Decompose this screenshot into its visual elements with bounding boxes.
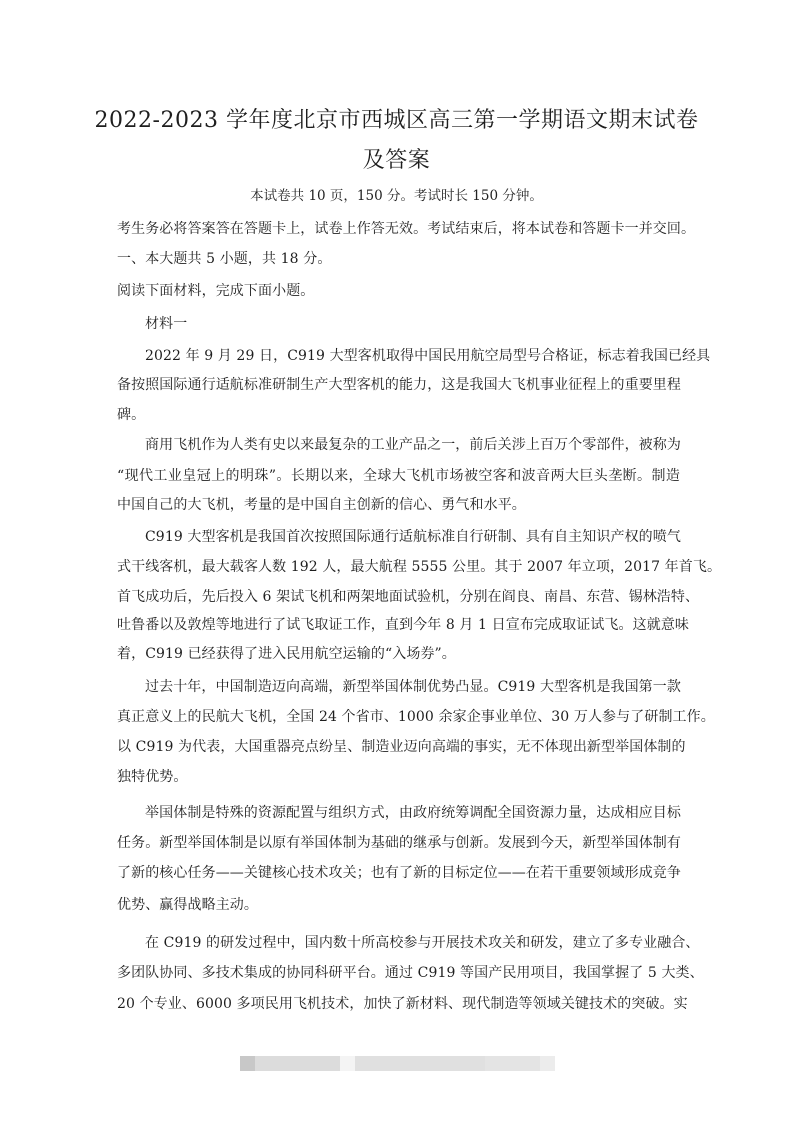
blurred-footer-watermark — [240, 1056, 555, 1071]
reading-prompt: 阅读下面材料，完成下面小题。 — [117, 280, 687, 300]
paragraph-line: 了新的核心任务——关键核心技术攻关；也有了新的目标定位——在若干重要领域形成竞争 — [117, 862, 680, 882]
paragraph-line: 2022 年 9 月 29 日，C919 大型客机取得中国民用航空局型号合格证，… — [145, 345, 681, 365]
instructions: 考生务必将答案答在答题卡上，试卷上作答无效。考试结束后，将本试卷和答题卡一并交回… — [117, 218, 680, 238]
exam-info: 本试卷共 10 页，150 分。考试时长 150 分钟。 — [0, 184, 793, 204]
paragraph-line: C919 大型客机是我国首次按照国际通行适航标准自行研制、具有自主知识产权的喷气 — [145, 526, 681, 546]
paragraph-line: 真正意义上的民航大飞机，全国 24 个省市、1000 余家企事业单位、30 万人… — [117, 706, 680, 726]
paragraph-line: 优势、赢得战略主动。 — [117, 894, 687, 914]
paragraph-line: 20 个专业、6000 多项民用飞机技术，加快了新材料、现代制造等领域关键技术的… — [117, 993, 680, 1013]
document-title-line2: 及答案 — [0, 143, 793, 174]
paragraph-line: 过去十年，中国制造迈向高端，新型举国体制优势凸显。C919 大型客机是我国第一款 — [145, 676, 681, 696]
document-title-line1: 2022-2023 学年度北京市西城区高三第一学期语文期末试卷 — [0, 103, 793, 134]
material-label: 材料一 — [145, 313, 715, 333]
paragraph-line: 商用飞机作为人类有史以来最复杂的工业产品之一，前后关涉上百万个零部件，被称为 — [145, 434, 681, 454]
paragraph-line: 吐鲁番以及敦煌等地进行了试飞取证工作，直到今年 8 月 1 日宣布完成取证试飞。… — [117, 614, 680, 634]
paragraph-line: 首飞成功后，先后投入 6 架试飞机和两架地面试验机，分别在阎良、南昌、东营、锡林… — [117, 586, 680, 606]
paragraph-line: “现代工业皇冠上的明珠”。长期以来，全球大飞机市场被空客和波音两大巨头垄断。制造 — [117, 465, 680, 485]
paragraph-line: 式干线客机，最大载客人数 192 人，最大航程 5555 公里。其于 2007 … — [117, 556, 680, 576]
paragraph-line: 中国自己的大飞机，考量的是中国自主创新的信心、勇气和水平。 — [117, 494, 687, 514]
paragraph-line: 备按照国际通行适航标准研制生产大型客机的能力，这是我国大飞机事业征程上的重要里程 — [117, 374, 680, 394]
paragraph-line: 多团队协同、多技术集成的协同科研平台。通过 C919 等国产民用项目，我国掌握了… — [117, 962, 680, 982]
paragraph-line: 以 C919 为代表，大国重器亮点纷呈、制造业迈向高端的事实，无不体现出新型举国… — [117, 736, 680, 756]
paragraph-line: 着，C919 已经获得了进入民用航空运输的“入场券”。 — [117, 643, 687, 663]
paragraph-line: 碑。 — [117, 404, 687, 424]
section-heading: 一、本大题共 5 小题，共 18 分。 — [117, 248, 687, 268]
paragraph-line: 举国体制是特殊的资源配置与组织方式，由政府统筹调配全国资源力量，达成相应目标 — [145, 802, 681, 822]
paragraph-line: 在 C919 的研发过程中，国内数十所高校参与开展技术攻关和研发，建立了多专业融… — [145, 932, 681, 952]
paragraph-line: 任务。新型举国体制是以原有举国体制为基础的继承与创新。发展到今天，新型举国体制有 — [117, 832, 680, 852]
paragraph-line: 独特优势。 — [117, 766, 687, 786]
exam-page: 2022-2023 学年度北京市西城区高三第一学期语文期末试卷 及答案 本试卷共… — [0, 0, 793, 1122]
